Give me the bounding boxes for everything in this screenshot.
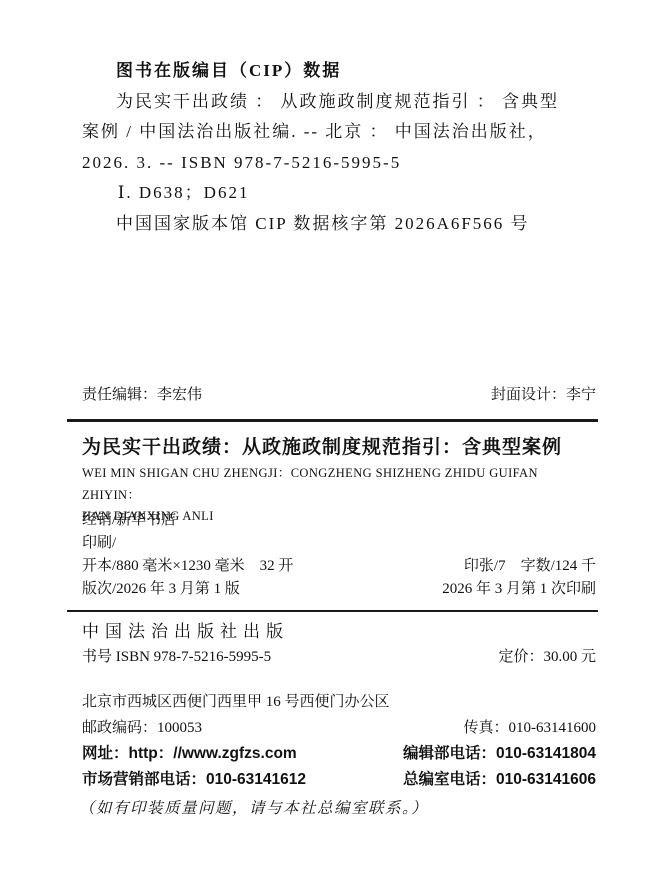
format-row: 开本/880 毫米×1230 毫米 32 开 印张/7 字数/124 千 [82,555,596,578]
fax-value: 传真：010-63141600 [464,716,597,742]
cip-classification-line: Ⅰ. D638；D621 [82,178,592,209]
divider-rule-bottom [67,610,598,612]
publisher-address: 北京市西城区西便门西里甲 16 号西便门办公区 [82,690,596,716]
cip-heading: 图书在版编目（CIP）数据 [82,56,592,87]
marketing-phone-value: 市场营销部电话：010-63141612 [82,767,306,793]
isbn-value: 书号 ISBN 978-7-5216-5995-5 [82,649,271,666]
postcode-fax-row: 邮政编码：100053 传真：010-63141600 [82,716,596,742]
marketing-chief-row: 市场营销部电话：010-63141612 总编室电话：010-63141606 [82,767,596,793]
impression-value: 2026 年 3 月第 1 次印刷 [442,578,596,601]
contact-block: 北京市西城区西便门西里甲 16 号西便门办公区 邮政编码：100053 传真：0… [82,690,596,792]
edition-value: 版次/2026 年 3 月第 1 版 [82,578,240,601]
copyright-page: 图书在版编目（CIP）数据 为民实干出政绩 ： 从政施政制度规范指引 ： 含典型… [0,0,672,885]
sheets-words-value: 印张/7 字数/124 千 [464,555,596,578]
pinyin-line-1: WEI MIN SHIGAN CHU ZHENGJI：CONGZHENG SHI… [82,463,598,506]
cip-isbn-line: 2026. 3. -- ISBN 978-7-5216-5995-5 [82,148,592,179]
isbn-price-row: 书号 ISBN 978-7-5216-5995-5 定价：30.00 元 [82,649,596,666]
printing-line: 印刷/ [82,532,596,555]
format-value: 开本/880 毫米×1230 毫米 32 开 [82,555,293,578]
postcode-value: 邮政编码：100053 [82,716,202,742]
divider-rule-top [67,419,598,422]
edition-row: 版次/2026 年 3 月第 1 版 2026 年 3 月第 1 次印刷 [82,578,596,601]
website-editorial-row: 网址：http：//www.zgfzs.com 编辑部电话：010-631418… [82,741,596,767]
editorial-phone-value: 编辑部电话：010-63141804 [403,741,596,767]
cip-title-line: 为民实干出政绩 ： 从政施政制度规范指引 ： 含典型 [82,87,592,118]
cover-designer: 封面设计：李宁 [491,387,596,404]
distribution-line: 经销/新华书店 [82,509,596,532]
cip-block: 图书在版编目（CIP）数据 为民实干出政绩 ： 从政施政制度规范指引 ： 含典型… [82,56,592,239]
website-value: 网址：http：//www.zgfzs.com [82,741,297,767]
cip-record-number-line: 中国国家版本馆 CIP 数据核字第 2026A6F566 号 [82,209,592,240]
responsible-editor: 责任编辑：李宏伟 [82,387,202,404]
price-value: 定价：30.00 元 [498,649,596,666]
book-title: 为民实干出政绩：从政施政制度规范指引：含典型案例 [82,437,562,459]
print-quality-note: （如有印装质量问题，请与本社总编室联系。） [79,796,428,818]
credits-row: 责任编辑：李宏伟 封面设计：李宁 [82,387,596,404]
print-info-block: 经销/新华书店 印刷/ 开本/880 毫米×1230 毫米 32 开 印张/7 … [82,509,596,601]
publisher-name: 中国法治出版社出版 [82,622,289,642]
page-content: 图书在版编目（CIP）数据 为民实干出政绩 ： 从政施政制度规范指引 ： 含典型… [67,0,598,885]
cip-publisher-line: 案例 / 中国法治出版社编. -- 北京 ： 中国法治出版社， [82,117,592,148]
chief-editor-phone-value: 总编室电话：010-63141606 [403,767,596,793]
